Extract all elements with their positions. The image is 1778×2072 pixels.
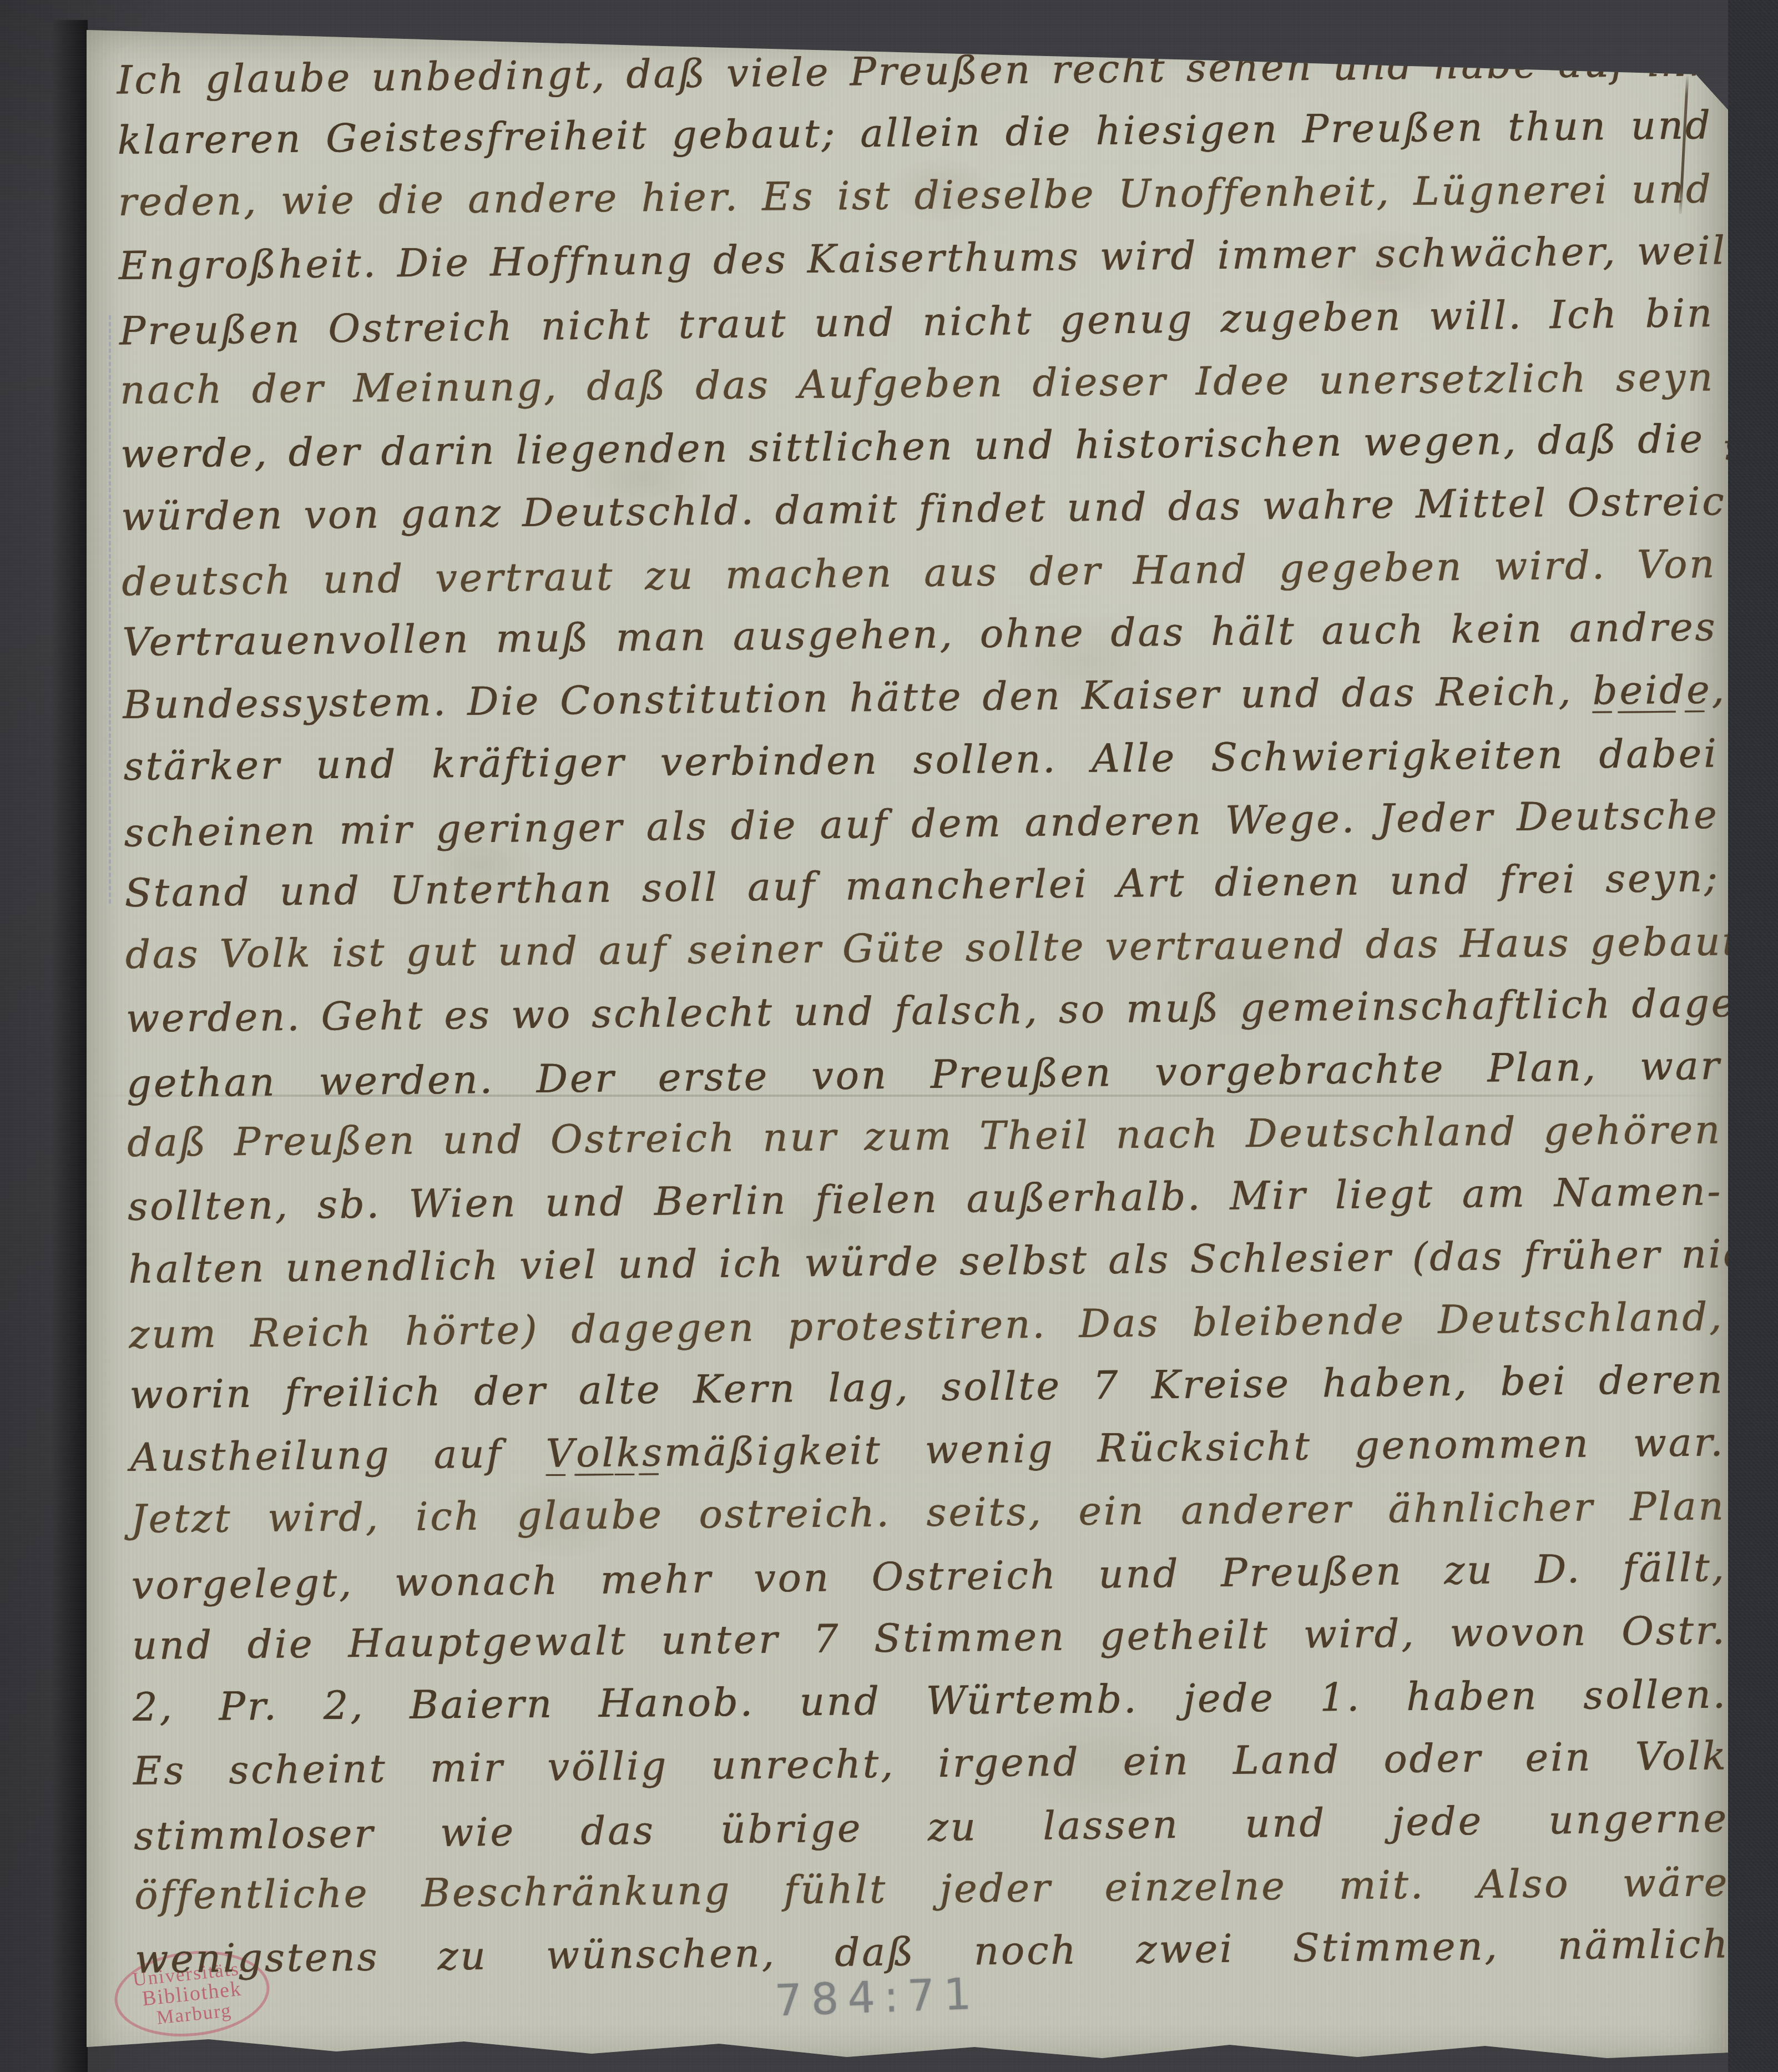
scan-background: Universitäts- Bibliothek Marburg 784:71 … bbox=[0, 0, 1778, 2072]
handwriting-line: daß Preußen und Ostreich nur zum Theil n… bbox=[127, 1098, 1723, 1174]
scanner-edge-strip bbox=[1728, 0, 1778, 2072]
handwriting-line: reden, wie die andere hier. Es ist diese… bbox=[118, 158, 1713, 234]
page-gutter-shadow bbox=[51, 20, 88, 2072]
stitch-line bbox=[109, 315, 111, 904]
handwriting-block: Ich glaube unbedingt, daß viele Preußen … bbox=[117, 31, 1730, 1990]
letter-page: Universitäts- Bibliothek Marburg 784:71 … bbox=[87, 27, 1728, 2070]
handwriting-line: öffentliche Beschränkung fühlt jeder ein… bbox=[134, 1851, 1730, 1927]
handwriting-line: nach der Meinung, daß das Aufgeben diese… bbox=[119, 346, 1715, 422]
handwriting-line: 2, Pr. 2, Baiern Hanob. und Würtemb. jed… bbox=[132, 1663, 1728, 1739]
handwriting-line: das Volk ist gut und auf seiner Güte sol… bbox=[125, 910, 1720, 986]
